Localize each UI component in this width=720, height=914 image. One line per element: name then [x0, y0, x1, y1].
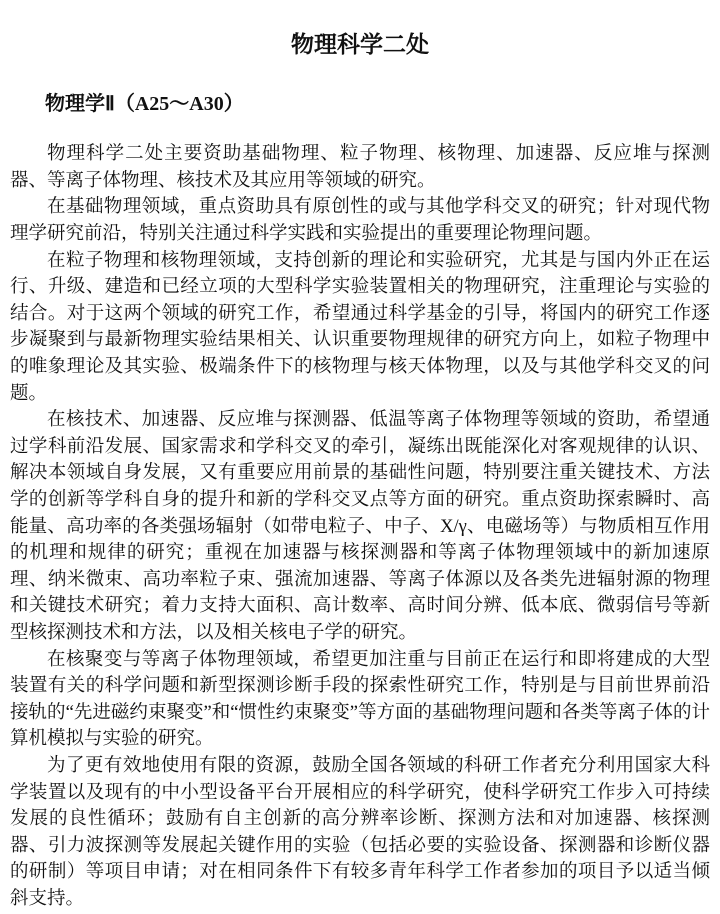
section-heading: 物理学Ⅱ（A25～A30） — [45, 93, 720, 115]
paragraph-6: 为了更有效地使用有限的资源，鼓励全国各领域的科研工作者充分利用国家大科学装置以及… — [10, 753, 710, 913]
paragraph-1: 物理科学二处主要资助基础物理、粒子物理、核物理、加速器、反应堆与探测器、等离子体… — [10, 141, 710, 194]
doc-title: 物理科学二处 — [0, 0, 720, 57]
paragraph-2: 在基础物理领域，重点资助具有原创性的或与其他学科交叉的研究；针对现代物理学研究前… — [10, 194, 710, 247]
document-page: 物理科学二处 物理学Ⅱ（A25～A30） 物理科学二处主要资助基础物理、粒子物理… — [0, 0, 720, 914]
document-body: 物理科学二处主要资助基础物理、粒子物理、核物理、加速器、反应堆与探测器、等离子体… — [10, 141, 710, 912]
paragraph-3: 在粒子物理和核物理领域，支持创新的理论和实验研究，尤其是与国内外正在运行、升级、… — [10, 248, 710, 408]
paragraph-4: 在核技术、加速器、反应堆与探测器、低温等离子体物理等领域的资助，希望通过学科前沿… — [10, 407, 710, 646]
paragraph-5: 在核聚变与等离子体物理领域，希望更加注重与目前正在运行和即将建成的大型装置有关的… — [10, 647, 710, 753]
